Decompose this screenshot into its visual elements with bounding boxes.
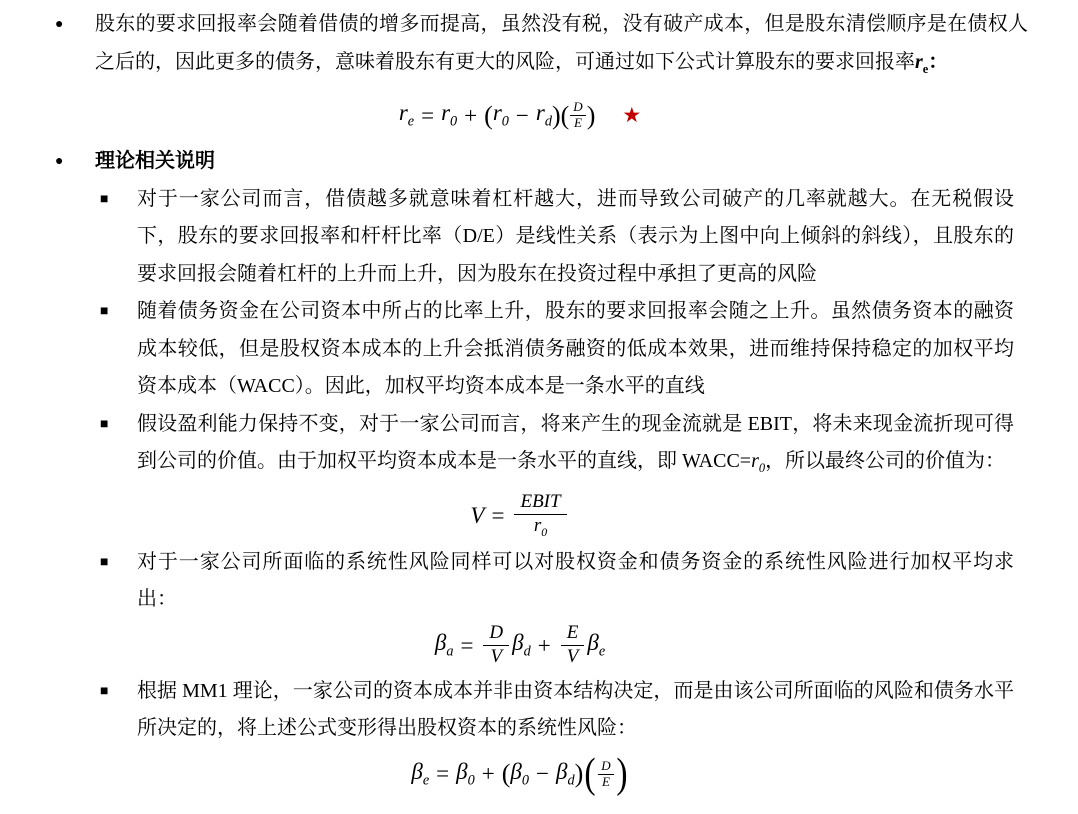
body-text: 对于一家公司所面临的系统性风险同样可以对股权资金和债务资金的系统性风险进行加权平… [137,544,1078,619]
fraction-d-over-e: DE [570,100,585,130]
sub-bullet-item-wacc-flat: ■ 随着债务资金在公司资本中所占的比率上升，股东的要求回报率会随之上升。虽然债务… [0,293,1078,406]
sub-bullet-item-firm-value: ■ 假设盈利能力保持不变，对于一家公司而言，将来产生的现金流就是 EBIT，将未… [0,406,1078,488]
inline-variable-re: re [915,51,928,73]
paragraph-text: 假设盈利能力保持不变，对于一家公司而言，将来产生的现金流就是 EBIT，将未来现… [137,406,1078,488]
sub-bullet-item-leverage-risk: ■ 对于一家公司而言，借债越多就意味着杠杆越大，进而导致公司破产的几率就越大。在… [0,181,1078,294]
body-text: 股东的要求回报率会随着借债的增多而提高，虽然没有税，没有破产成本，但是股东清偿顺… [95,13,1028,73]
big-right-paren: ) [616,756,627,794]
fraction-ebit-over-r0: EBITr0 [514,491,566,540]
document-page: ● 股东的要求回报率会随着借债的增多而提高，虽然没有税，没有破产成本，但是股东清… [0,0,1078,802]
equation-beta-a: βa = DV βd + EV βe [435,622,605,669]
sub-bullet-item-mm1-theory: ■ 根据 MM1 理论，一家公司的资本成本并非由资本结构决定，而是由该公司所面临… [0,673,1078,748]
body-text: 根据 MM1 理论，一家公司的资本成本并非由资本结构决定，而是由该公司所面临的风… [137,673,1078,748]
section-heading-text: 理论相关说明 [95,143,1078,181]
fraction-d-over-e: DE [598,759,613,789]
equation-beta-e: βe = β0 + ( β0 − βd ) ( DE ) [411,756,628,794]
body-text: 随着债务资金在公司资本中所占的比率上升，股东的要求回报率会随之上升。虽然债务资本… [137,293,1078,406]
paragraph-text: 股东的要求回报率会随着借债的增多而提高，虽然没有税，没有破产成本，但是股东清偿顺… [95,6,1078,88]
square-bullet-icon: ■ [100,544,137,582]
section-heading-theory-notes: ● 理论相关说明 [0,143,1078,181]
big-left-paren: ( [585,756,596,794]
formula-beta-equity: βe = β0 + ( β0 − βd ) ( DE ) [0,748,1040,802]
formula-beta-weighted-average: βa = DV βd + EV βe [0,619,1040,673]
square-bullet-icon: ■ [100,181,137,219]
bullet-item-shareholder-return: ● 股东的要求回报率会随着借债的增多而提高，虽然没有税，没有破产成本，但是股东清… [0,6,1078,88]
body-text: ，所以最终公司的价值为： [765,450,1005,472]
formula-firm-value: V = EBITr0 [0,488,1040,544]
colon-text: ： [928,51,948,73]
sub-bullet-item-systematic-risk: ■ 对于一家公司所面临的系统性风险同样可以对股权资金和债务资金的系统性风险进行加… [0,544,1078,619]
square-bullet-icon: ■ [100,673,137,711]
fraction-d-over-v: DV [483,622,509,669]
formula-required-return: re = r0 + ( r0 − rd ) ( DE ) ★ [0,88,1040,143]
star-icon: ★ [622,103,641,128]
equation-re: re = r0 + ( r0 − rd ) ( DE ) [399,100,596,131]
square-bullet-icon: ■ [100,406,137,444]
fraction-e-over-v: EV [561,622,585,669]
inline-variable-r0: r0 [751,450,765,472]
circle-bullet-icon: ● [55,6,95,44]
circle-bullet-icon: ● [55,143,95,181]
square-bullet-icon: ■ [100,293,137,331]
body-text: 对于一家公司而言，借债越多就意味着杠杆越大，进而导致公司破产的几率就越大。在无税… [137,181,1078,294]
equation-v: V = EBITr0 [470,491,569,540]
